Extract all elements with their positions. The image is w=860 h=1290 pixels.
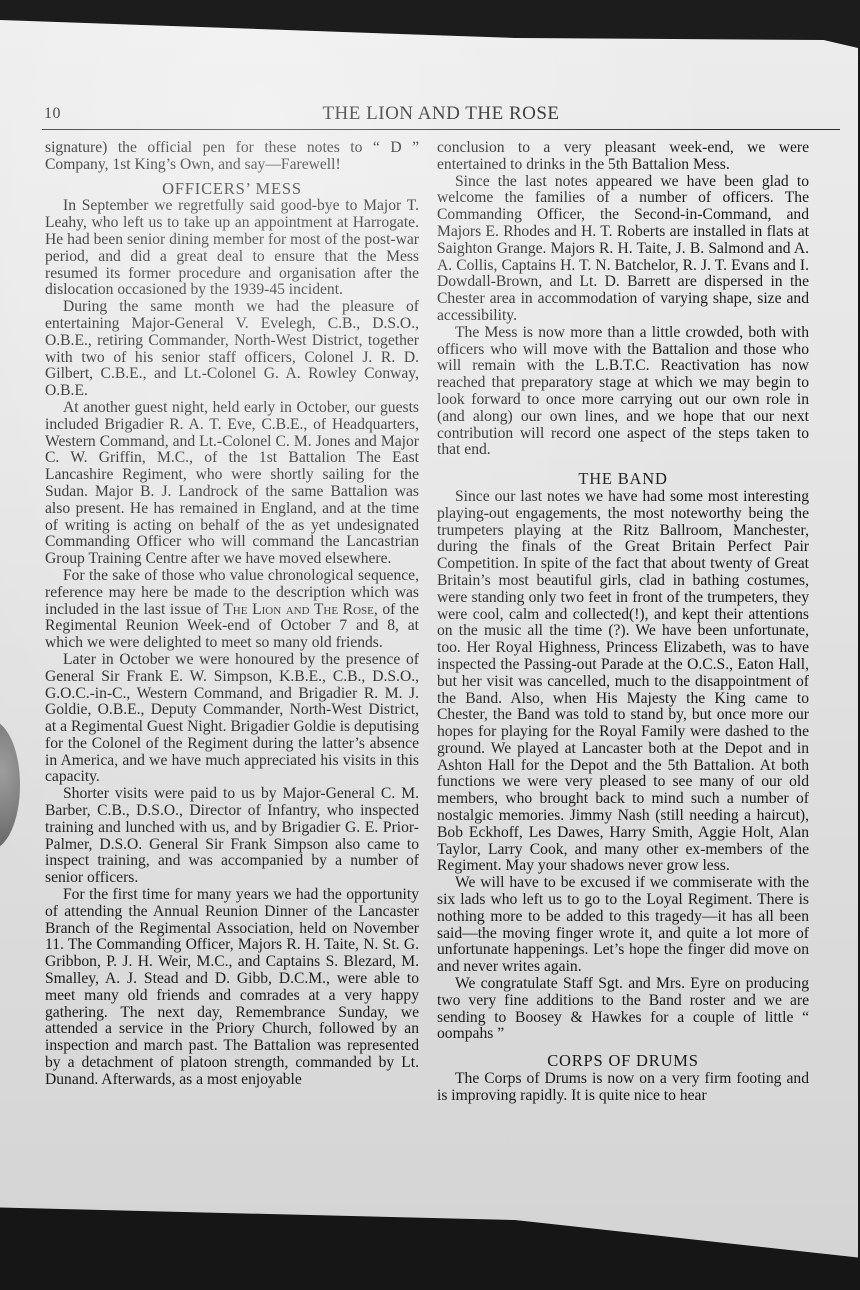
section-heading-corps-of-drums: CORPS OF DRUMS xyxy=(437,1053,809,1070)
running-header: 10 THE LION AND THE ROSE xyxy=(42,103,840,130)
paragraph: We congratulate Staff Sgt. and Mrs. Eyre… xyxy=(437,976,809,1043)
left-column: signature) the official pen for these no… xyxy=(45,140,419,1089)
section-heading-the-band: THE BAND xyxy=(437,471,809,488)
paragraph: Since our last notes we have had some mo… xyxy=(437,489,809,875)
opening-paragraph: signature) the official pen for these no… xyxy=(45,140,419,174)
paragraph: Since the last notes appeared we have be… xyxy=(437,174,809,325)
paragraph: For the first time for many years we had… xyxy=(45,887,419,1089)
paragraph: At another guest night, held early in Oc… xyxy=(45,400,419,568)
paragraph-chronology: For the sake of those who value chronolo… xyxy=(45,568,419,652)
paragraph: Shorter visits were paid to us by Major-… xyxy=(45,786,419,887)
right-column: conclusion to a very pleasant week-end, … xyxy=(437,140,809,1105)
paragraph: The Corps of Drums is now on a very firm… xyxy=(437,1071,809,1105)
publication-title: The Lion and The Rose xyxy=(223,601,374,618)
paragraph: The Mess is now more than a little crowd… xyxy=(437,325,809,459)
paragraph: In September we regretfully said good-by… xyxy=(45,198,419,299)
paragraph: We will have to be excused if we commise… xyxy=(437,875,809,976)
section-heading-officers-mess: OFFICERS’ MESS xyxy=(45,181,419,198)
thumb-shadow xyxy=(0,720,20,850)
magazine-page: 10 THE LION AND THE ROSE signature) the … xyxy=(0,20,858,1270)
continuation-paragraph: conclusion to a very pleasant week-end, … xyxy=(437,140,809,174)
journal-title: THE LION AND THE ROSE xyxy=(42,103,840,125)
paragraph: During the same month we had the pleasur… xyxy=(45,299,419,400)
paragraph: Later in October we were honoured by the… xyxy=(45,652,419,786)
